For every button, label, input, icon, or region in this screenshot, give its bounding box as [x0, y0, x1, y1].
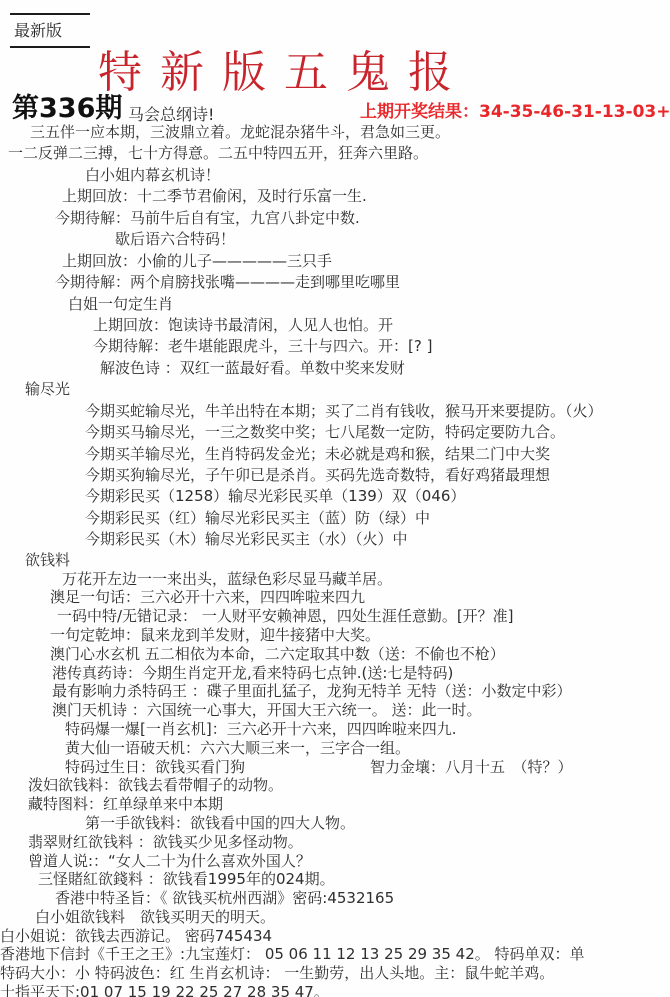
text-line: 第一手欲钱料：欲钱看中国的四大人物。 [0, 814, 670, 833]
text-line: 澳门心水玄机 五二相依为本命，二六定取其中数（送：不偷也不枪） [0, 645, 670, 664]
text-line: 澳足一句话：三六必开十六来，四四哞啦来四九 [0, 588, 670, 607]
line-text: 藏特图料：红单绿单来中本期 [28, 795, 223, 814]
text-line: 三怪賭紅欲錢料 ：欲钱看1995年的024期。 [0, 870, 670, 889]
line-text: 白小姐说：欲钱去西游记。 密码745434 [0, 927, 272, 946]
text-line: 三五伴一应本期，三波鼎立着。龙蛇混杂猪牛斗，君急如三更。 [0, 122, 670, 143]
text-line: 翡翠财红欲钱料 ：欲钱买少见多怪动物。 [0, 833, 670, 852]
line-text: 上期回放：小偷的儿子—————三只手 [62, 251, 332, 272]
text-line: 特码大小：小 特码波色：红 生肖玄机诗： 一生勤劳，出人头地。主：鼠牛蛇羊鸡。 [0, 964, 670, 983]
line-text: 今期待解：两个肩膀找张嘴————走到哪里吃哪里 [55, 272, 400, 293]
last-draw-result: 上期开奖结果：34-35-46-31-13-03+44 [360, 97, 670, 122]
line-text: 泼妇欲钱料：欲钱去看带帽子的动物。 [28, 776, 283, 795]
line-text: 翡翠财红欲钱料 ：欲钱买少见多怪动物。 [28, 833, 303, 852]
line-text: 白小姐内幕玄机诗！ [85, 165, 220, 186]
line-text: 港传真药诗：今期生肖定开龙,看来特码七点钟.(送:七是特码) [52, 664, 453, 683]
line-text: 十指平天下:01 07 15 19 22 25 27 28 35 47。 [0, 983, 329, 997]
text-line: 上期回放：十二季节君偷闲，及时行乐富一生. [0, 186, 670, 207]
line-text: 今期买狗输尽光，子午卯已是杀肖。买码先选奇数特，看好鸡猪最理想 [85, 465, 550, 486]
line-text: 特码爆一爆[一肖玄机]：三六必开十六来，四四哞啦来四九. [65, 720, 456, 739]
line-text: 今期买蛇输尽光，牛羊出特在本期；买了二肖有钱收，猴马开来要提防。（火） [85, 401, 603, 422]
text-line: 一码中特/无错记录： 一人财平安赖神恩，四处生涯任意勤。[开？准] [0, 607, 670, 626]
line-text: 澳门天机诗 ：六国统一心事大，开国大王六统一。 送：此一时。 [52, 701, 482, 720]
line-text-right: 智力金壤：八月十五 （特？） [370, 758, 573, 777]
text-line: 白小姐内幕玄机诗！ [0, 165, 670, 186]
line-text: 一二反弹二三搏，七十方得意。二五中特四五开，狂奔六里路。 [8, 143, 428, 164]
text-line: 黄大仙一语破天机：六六大顺三来一，三字合一组。 [0, 739, 670, 758]
line-text: 澳门心水玄机 五二相依为本命，二六定取其中数（送：不偷也不枪） [50, 645, 505, 664]
text-line: 白小姐欲钱料 欲钱买明天的明天。 [0, 908, 670, 927]
text-line: 白姐一句定生肖 [0, 294, 670, 315]
line-text: 今期买羊输尽光，生肖特码发金光；未必就是鸡和猴，结果二门中大奖 [85, 444, 550, 465]
text-line: 今期买马输尽光，一三之数奖中奖；七八尾数一定防，特码定要防九合。 [0, 422, 670, 443]
text-line: 泼妇欲钱料：欲钱去看带帽子的动物。 [0, 776, 670, 795]
line-text: 最有影响力杀特码王 ：碟子里面扎猛子，龙狗无特羊 无特（送：小数定中彩） [52, 682, 572, 701]
text-line: 今期彩民买（1258）输尽光彩民买单（139）双（046） [0, 486, 670, 507]
line-text: 上期回放：饱读诗书最清闲，人见人也怕。开 [93, 315, 393, 336]
line-text: 输尽光 [25, 379, 70, 400]
line-text: 上期回放：十二季节君偷闲，及时行乐富一生. [62, 186, 367, 207]
text-line: 最有影响力杀特码王 ：碟子里面扎猛子，龙狗无特羊 无特（送：小数定中彩） [0, 682, 670, 701]
line-text: 解波色诗 ：双红一蓝最好看。单数中奖来发财 [100, 358, 405, 379]
text-line: 曾道人说:：“女人二十为什么喜欢外国人？ [0, 852, 670, 871]
line-text: 万花开左边一一来出头，蓝绿色彩尽显马藏羊居。 [62, 570, 392, 589]
line-text: 今期买马输尽光，一三之数奖中奖；七八尾数一定防，特码定要防九合。 [85, 422, 565, 443]
line-text: 一码中特/无错记录： 一人财平安赖神恩，四处生涯任意勤。[开？准] [57, 607, 514, 626]
text-line: 今期彩民买（红）输尽光彩民买主（蓝）防（绿）中 [0, 508, 670, 529]
line-text: 三五伴一应本期，三波鼎立着。龙蛇混杂猪牛斗，君急如三更。 [30, 122, 450, 143]
text-line: 香港地下信封《千王之王》:九宝莲灯： 05 06 11 12 13 25 29 … [0, 945, 670, 964]
text-line: 万花开左边一一来出头，蓝绿色彩尽显马藏羊居。 [0, 570, 670, 589]
line-text: 香港中特圣旨：《 欲钱买杭州西湖》密码:4532165 [55, 889, 394, 908]
tip-sheet-page: 最新版 特新版五鬼报 第336期 马会总纲诗! 上期开奖结果：34-35-46-… [0, 0, 670, 997]
issue-number: 第336期 [12, 86, 122, 125]
text-line: 今期买羊输尽光，生肖特码发金光；未必就是鸡和猴，结果二门中大奖 [0, 444, 670, 465]
text-line: 白小姐说：欲钱去西游记。 密码745434 [0, 927, 670, 946]
text-line: 上期回放：小偷的儿子—————三只手 [0, 251, 670, 272]
line-text: 今期彩民买（木）输尽光彩民买主（水）（火）中 [85, 529, 408, 550]
line-text: 白小姐欲钱料 欲钱买明天的明天。 [35, 908, 275, 927]
line-text: 今期待解：老牛堪能跟虎斗，三十与四六。开：[? ] [93, 336, 432, 357]
text-line: 澳门天机诗 ：六国统一心事大，开国大王六统一。 送：此一时。 [0, 701, 670, 720]
text-line: 今期买狗输尽光，子午卯已是杀肖。买码先选奇数特，看好鸡猪最理想 [0, 465, 670, 486]
line-text: 今期待解：马前牛后自有宝，九宫八卦定中数. [55, 208, 360, 229]
text-line: 今期待解：两个肩膀找张嘴————走到哪里吃哪里 [0, 272, 670, 293]
line-text: 黄大仙一语破天机：六六大顺三来一，三字合一组。 [65, 739, 410, 758]
line-text: 澳足一句话：三六必开十六来，四四哞啦来四九 [50, 588, 365, 607]
text-line: 一二反弹二三搏，七十方得意。二五中特四五开，狂奔六里路。 [0, 143, 670, 164]
line-text: 第一手欲钱料：欲钱看中国的四大人物。 [85, 814, 355, 833]
line-text: 歇后语六合特码！ [115, 229, 235, 250]
text-line: 港传真药诗：今期生肖定开龙,看来特码七点钟.(送:七是特码) [0, 664, 670, 683]
text-line: 今期待解：马前牛后自有宝，九宫八卦定中数. [0, 208, 670, 229]
text-line: 香港中特圣旨：《 欲钱买杭州西湖》密码:4532165 [0, 889, 670, 908]
text-line: 上期回放：饱读诗书最清闲，人见人也怕。开 [0, 315, 670, 336]
text-line: 藏特图料：红单绿单来中本期 [0, 795, 670, 814]
page-title: 特新版五鬼报 [98, 36, 470, 100]
last-draw-numbers: 34-35-46-31-13-03+44 [479, 102, 670, 122]
text-line: 特码爆一爆[一肖玄机]：三六必开十六来，四四哞啦来四九. [0, 720, 670, 739]
text-line: 今期彩民买（木）输尽光彩民买主（水）（火）中 [0, 529, 670, 550]
line-text: 欲钱料 [25, 551, 70, 570]
line-text: 曾道人说:：“女人二十为什么喜欢外国人？ [28, 852, 311, 871]
text-line: 输尽光 [0, 379, 670, 400]
line-text: 特码过生日：欲钱买看门狗 [65, 758, 245, 777]
edition-label: 最新版 [10, 13, 90, 48]
line-text: 三怪賭紅欲錢料 ：欲钱看1995年的024期。 [38, 870, 335, 889]
text-line: 十指平天下:01 07 15 19 22 25 27 28 35 47。 [0, 983, 670, 997]
text-line: 一句定乾坤：鼠来龙到羊发财，迎牛接猪中大奖。 [0, 626, 670, 645]
text-line: 歇后语六合特码！ [0, 229, 670, 250]
text-line: 特码过生日：欲钱买看门狗智力金壤：八月十五 （特？） [0, 758, 670, 777]
line-text: 一句定乾坤：鼠来龙到羊发财，迎牛接猪中大奖。 [50, 626, 380, 645]
text-line: 今期买蛇输尽光，牛羊出特在本期；买了二肖有钱收，猴马开来要提防。（火） [0, 401, 670, 422]
text-line: 解波色诗 ：双红一蓝最好看。单数中奖来发财 [0, 358, 670, 379]
line-text: 香港地下信封《千王之王》:九宝莲灯： 05 06 11 12 13 25 29 … [0, 945, 585, 964]
body-lines: 三五伴一应本期，三波鼎立着。龙蛇混杂猪牛斗，君急如三更。一二反弹二三搏，七十方得… [0, 122, 670, 997]
line-text: 白姐一句定生肖 [68, 294, 173, 315]
text-line: 欲钱料 [0, 551, 670, 570]
text-line: 今期待解：老牛堪能跟虎斗，三十与四六。开：[? ] [0, 336, 670, 357]
line-text: 今期彩民买（1258）输尽光彩民买单（139）双（046） [85, 486, 465, 507]
line-text: 特码大小：小 特码波色：红 生肖玄机诗： 一生勤劳，出人头地。主：鼠牛蛇羊鸡。 [0, 964, 554, 983]
line-text: 今期彩民买（红）输尽光彩民买主（蓝）防（绿）中 [85, 508, 430, 529]
last-draw-label: 上期开奖结果： [360, 102, 479, 122]
